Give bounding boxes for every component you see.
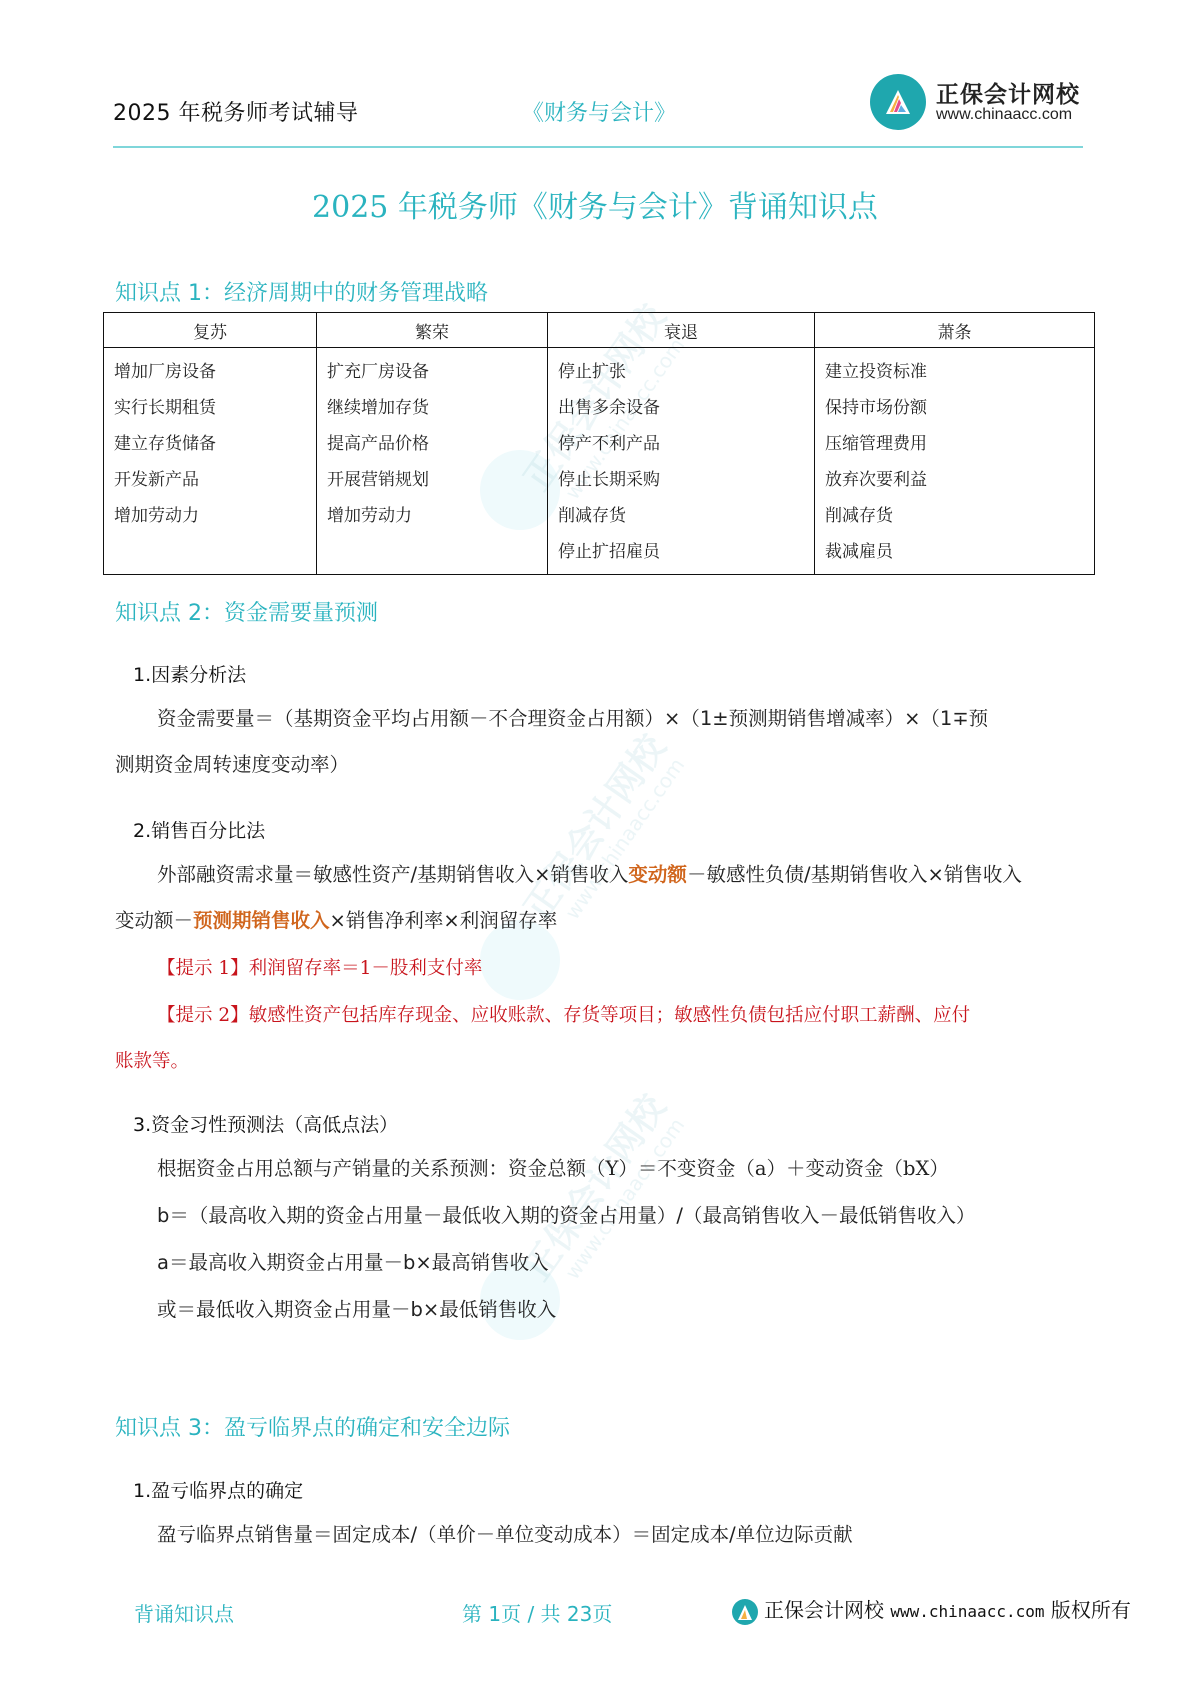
formula-line: a＝最高收入期资金占用量－b×最高销售收入 [157,1240,549,1286]
formula-line: 根据资金占用总额与产销量的关系预测：资金总额（Y）＝不变资金（a）＋变动资金（b… [157,1146,949,1192]
brand-url: www.chinaacc.com [936,106,1072,124]
cell-item: 扩充厂房设备 [327,354,537,390]
footer-copyright: 正保会计网校 www.chinaacc.com 版权所有 [732,1594,1131,1624]
cell-item: 出售多余设备 [558,390,804,426]
cell-item: 提高产品价格 [327,426,537,462]
header-divider [113,146,1083,148]
column-header: 萧条 [815,313,1095,348]
header-subject: 《财务与会计》 [522,96,676,127]
header-exam-title: 2025 年税务师考试辅导 [113,96,358,127]
cell-item: 实行长期租赁 [114,390,306,426]
formula-line: 外部融资需求量＝敏感性资产/基期销售收入×销售收入变动额－敏感性负债/基期销售收… [157,852,1022,898]
cell-item: 继续增加存货 [327,390,537,426]
cell-item: 建立投资标准 [825,354,1084,390]
cell-item: 停止长期采购 [558,462,804,498]
formula-text: －敏感性负债/基期销售收入×销售收入 [687,863,1022,886]
footer-url: www.chinaacc.com [890,1602,1044,1621]
highlight-text: 预测期销售收入 [193,909,330,932]
formula-line: b＝（最高收入期的资金占用量－最低收入期的资金占用量）/（最高销售收入－最低销售… [157,1193,975,1239]
column-header: 繁荣 [317,313,548,348]
formula-line: 测期资金周转速度变动率） [115,742,349,788]
formula-text: 变动额－ [115,909,193,932]
highlight-text: 变动额 [628,863,687,886]
table-cell: 增加厂房设备 实行长期租赁 建立存货储备 开发新产品 增加劳动力 [104,348,317,575]
table-cell: 扩充厂房设备 继续增加存货 提高产品价格 开展营销规划 增加劳动力 [317,348,548,575]
chinaacc-logo-icon [732,1599,758,1625]
cell-item: 削减存货 [825,498,1084,534]
cell-item: 停止扩张 [558,354,804,390]
page-title: 2025 年税务师《财务与会计》背诵知识点 [0,182,1190,226]
method-title-high-low: 3.资金习性预测法（高低点法） [133,1110,398,1137]
method-title-breakeven: 1.盈亏临界点的确定 [133,1476,303,1503]
tip-1: 【提示 1】利润留存率＝1－股利支付率 [157,946,482,992]
cell-item: 增加劳动力 [327,498,537,534]
formula-text: 外部融资需求量＝敏感性资产/基期销售收入×销售收入 [157,863,628,886]
brand-logo: 正保会计网校 www.chinaacc.com [870,74,1080,134]
cell-item: 停止扩招雇员 [558,534,804,570]
section-heading-3: 知识点 3：盈亏临界点的确定和安全边际 [115,1411,510,1442]
formula-line: 资金需要量＝（基期资金平均占用额－不合理资金占用额）×（1±预测期销售增减率）×… [157,696,988,742]
cell-item: 放弃次要利益 [825,462,1084,498]
cell-item: 压缩管理费用 [825,426,1084,462]
section-heading-1: 知识点 1：经济周期中的财务管理战略 [115,276,488,307]
cell-item: 削减存货 [558,498,804,534]
cell-item: 建立存货储备 [114,426,306,462]
cell-item: 停产不利产品 [558,426,804,462]
cell-item: 开展营销规划 [327,462,537,498]
cell-item: 保持市场份额 [825,390,1084,426]
tip-2-continued: 账款等。 [115,1039,189,1085]
formula-text: ×销售净利率×利润留存率 [330,909,558,932]
cell-item: 裁减雇员 [825,534,1084,570]
table-cell: 停止扩张 出售多余设备 停产不利产品 停止长期采购 削减存货 停止扩招雇员 [548,348,815,575]
economic-cycle-table: 复苏 繁荣 衰退 萧条 增加厂房设备 实行长期租赁 建立存货储备 开发新产品 增… [103,312,1095,575]
formula-line: 或＝最低收入期资金占用量－b×最低销售收入 [157,1287,556,1333]
tip-2: 【提示 2】敏感性资产包括库存现金、应收账款、存货等项目；敏感性负债包括应付职工… [157,993,970,1039]
brand-name: 正保会计网校 [936,76,1080,109]
cell-item: 增加厂房设备 [114,354,306,390]
watermark: 正保会计网校 www.chinaacc.com [470,700,730,1000]
footer-label: 背诵知识点 [134,1598,234,1627]
section-heading-2: 知识点 2：资金需要量预测 [115,596,378,627]
table-cell: 建立投资标准 保持市场份额 压缩管理费用 放弃次要利益 削减存货 裁减雇员 [815,348,1095,575]
table-row: 增加厂房设备 实行长期租赁 建立存货储备 开发新产品 增加劳动力 扩充厂房设备 … [104,348,1095,575]
method-title-factor-analysis: 1.因素分析法 [133,660,246,687]
footer-rights: 版权所有 [1051,1598,1131,1622]
chinaacc-logo-icon [870,74,926,130]
formula-line: 盈亏临界点销售量＝固定成本/（单价－单位变动成本）＝固定成本/单位边际贡献 [157,1512,853,1558]
watermark-url: www.chinaacc.com [560,753,689,923]
table-header-row: 复苏 繁荣 衰退 萧条 [104,313,1095,348]
formula-line: 变动额－预测期销售收入×销售净利率×利润留存率 [115,898,557,944]
cell-item [114,534,306,570]
cell-item: 增加劳动力 [114,498,306,534]
cell-item: 开发新产品 [114,462,306,498]
page-indicator: 第 1页 / 共 23页 [462,1598,612,1627]
method-title-sales-percentage: 2.销售百分比法 [133,816,265,843]
footer-brand: 正保会计网校 [764,1598,884,1622]
column-header: 复苏 [104,313,317,348]
column-header: 衰退 [548,313,815,348]
